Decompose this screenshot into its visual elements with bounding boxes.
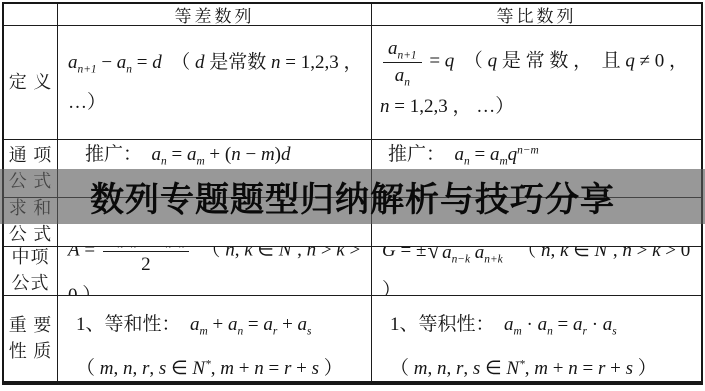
row-label-text: 定 义 — [9, 70, 53, 96]
worksheet-page: 等差数列 等比数列 定 义 an+1 − an = d （ d 是常数 n = … — [0, 0, 705, 391]
header-arithmetic-sequence: 等差数列 — [58, 4, 372, 26]
corner-cell — [4, 4, 58, 26]
formula: G = ±√an−k an+k （ n, k ∈ N*, n > k > 0 ） — [382, 247, 701, 296]
middle-term-arithmetic-formula: A = an−k + an+k2 （ n, k ∈ N*, n > k > 0 … — [58, 247, 372, 296]
header-geometric-label: 等比数列 — [497, 4, 577, 26]
row-label-text: 性 质 — [9, 339, 53, 365]
header-geometric-sequence: 等比数列 — [372, 4, 701, 26]
formula: 推广： an = am + (n − m)d — [85, 143, 291, 168]
row-label-middle-term: 中项 公式 — [4, 247, 58, 296]
banner-title: 数列专题题型归纳解析与技巧分享 — [90, 172, 615, 221]
properties-geometric-formula: 1、等积性： am · an = ar · as（ m, n, r, s ∈ N… — [372, 296, 701, 381]
formula: A = an−k + an+k2 （ n, k ∈ N*, n > k > 0 … — [68, 247, 371, 296]
row-label-text: 中项 — [12, 247, 50, 271]
formula: 1、等积性： am · an = ar · as（ m, n, r, s ∈ N… — [390, 303, 657, 381]
row-label-properties: 重 要 性 质 — [4, 296, 58, 381]
title-banner-overlay: 数列专题题型归纳解析与技巧分享 — [0, 169, 705, 224]
row-label-definition: 定 义 — [4, 26, 58, 140]
row-label-text: 通 项 — [9, 143, 53, 169]
formula: 推广： an = amqn−m — [388, 143, 539, 168]
middle-term-geometric-formula: G = ±√an−k an+k （ n, k ∈ N*, n > k > 0 ） — [372, 247, 701, 296]
formula: 1、等和性： am + an = ar + as（ m, n, r, s ∈ N… — [76, 303, 343, 381]
row-label-text: 公 式 — [9, 222, 53, 247]
definition-geometric-formula: an+1an = q （ q 是 常 数 ， 且 q ≠ 0 ，n = 1,2,… — [372, 26, 701, 140]
row-label-text: 公式 — [12, 271, 50, 296]
properties-arithmetic-formula: 1、等和性： am + an = ar + as（ m, n, r, s ∈ N… — [58, 296, 372, 381]
header-arithmetic-label: 等差数列 — [175, 4, 255, 26]
formula: an+1 − an = d （ d 是常数 n = 1,2,3 ， …） — [68, 43, 371, 123]
formula: an+1an = q （ q 是 常 数 ， 且 q ≠ 0 ，n = 1,2,… — [380, 37, 688, 128]
row-label-text: 重 要 — [9, 313, 53, 339]
definition-arithmetic-formula: an+1 − an = d （ d 是常数 n = 1,2,3 ， …） — [58, 26, 372, 140]
